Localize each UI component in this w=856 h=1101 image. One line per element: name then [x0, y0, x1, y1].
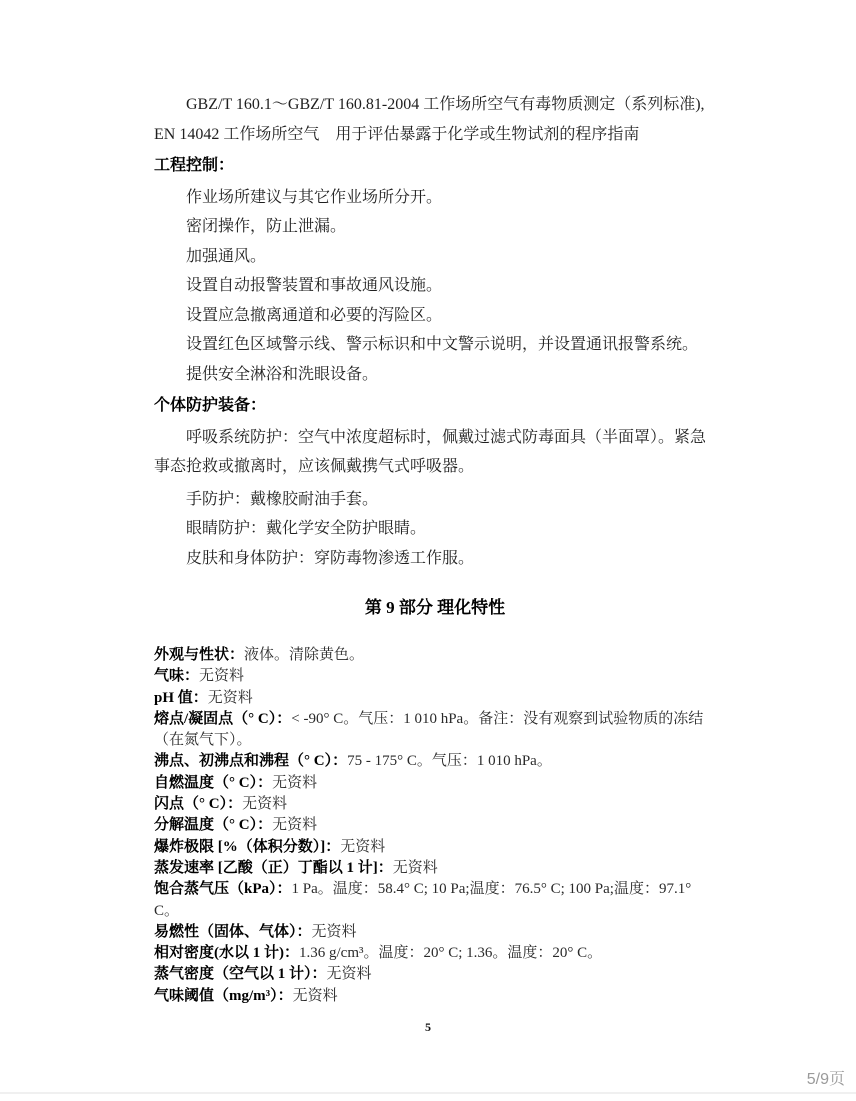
property-row-melting-point: 熔点/凝固点（° C）：< -90° C。气压：1 010 hPa。备注：没有观…	[154, 709, 716, 752]
property-label: 分解温度（° C）：	[154, 817, 272, 833]
engineering-control-item: 密闭操作，防止泄漏。	[154, 212, 716, 242]
property-value: 无资料	[340, 839, 385, 855]
property-row-evaporation-rate: 蒸发速率 [乙酸（正）丁酯以 1 计]：无资料	[154, 858, 716, 879]
property-row-vapor-density: 蒸气密度（空气以 1 计）：无资料	[154, 964, 716, 985]
property-value: 无资料	[327, 966, 372, 982]
property-row-appearance: 外观与性状：液体。清除黄色。	[154, 645, 716, 666]
ppe-item: 皮肤和身体防护：穿防毒物渗透工作服。	[154, 544, 716, 574]
property-row-flash-point: 闪点（° C）：无资料	[154, 794, 716, 815]
property-value: 液体。清除黄色。	[244, 647, 364, 663]
property-value: 75 - 175° C。气压：1 010 hPa。	[347, 753, 552, 769]
property-row-autoignition: 自燃温度（° C）：无资料	[154, 773, 716, 794]
engineering-control-item: 设置应急撤离通道和必要的泻险区。	[154, 301, 716, 331]
property-label: 易燃性（固体、气体）：	[154, 924, 312, 940]
engineering-control-item: 加强通风。	[154, 242, 716, 272]
property-label: 外观与性状：	[154, 647, 244, 663]
property-value: 1.36 g/cm³。温度：20° C; 1.36。温度：20° C。	[299, 945, 602, 961]
section-9-heading: 第 9 部分 理化特性	[154, 596, 716, 620]
property-row-vapor-pressure: 饱合蒸气压（kPa）：1 Pa。温度：58.4° C; 10 Pa;温度：76.…	[154, 879, 716, 922]
page-number: 5	[0, 1019, 856, 1035]
property-row-ph: pH 值：无资料	[154, 688, 716, 709]
ppe-item: 眼睛防护：戴化学安全防护眼睛。	[154, 514, 716, 544]
ppe-respiratory-paragraph: 呼吸系统防护：空气中浓度超标时，佩戴过滤式防毒面具（半面罩）。紧急事态抢救或撤离…	[154, 423, 716, 482]
ppe-heading: 个体防护装备：	[154, 391, 716, 421]
property-value: 无资料	[208, 690, 253, 706]
property-value: 无资料	[272, 817, 317, 833]
page-bottom-divider	[0, 1092, 856, 1094]
property-label: 饱合蒸气压（kPa）：	[154, 881, 292, 897]
standards-line-2: EN 14042 工作场所空气 用于评估暴露于化学或生物试剂的程序指南	[154, 120, 716, 150]
physical-chemical-properties: 外观与性状：液体。清除黄色。 气味：无资料 pH 值：无资料 熔点/凝固点（° …	[154, 645, 716, 1007]
exposure-control-section: GBZ/T 160.1～GBZ/T 160.81-2004 工作场所空气有毒物质…	[154, 90, 716, 573]
property-row-odor-threshold: 气味阈值（mg/m³）：无资料	[154, 986, 716, 1007]
property-label: 相对密度(水以 1 计)：	[154, 945, 299, 961]
property-label: 气味阈值（mg/m³）：	[154, 988, 293, 1004]
property-label: 闪点（° C）：	[154, 796, 242, 812]
standards-line-1: GBZ/T 160.1～GBZ/T 160.81-2004 工作场所空气有毒物质…	[154, 90, 716, 120]
property-row-odor: 气味：无资料	[154, 666, 716, 687]
property-label: 蒸发速率 [乙酸（正）丁酯以 1 计]：	[154, 860, 393, 876]
property-value: 无资料	[293, 988, 338, 1004]
engineering-controls-heading: 工程控制：	[154, 151, 716, 181]
property-row-flammability: 易燃性（固体、气体）：无资料	[154, 922, 716, 943]
property-row-explosion-limit: 爆炸极限 [%（体积分数）]：无资料	[154, 837, 716, 858]
ppe-item: 手防护：戴橡胶耐油手套。	[154, 485, 716, 515]
property-label: 气味：	[154, 668, 199, 684]
engineering-control-item: 设置自动报警装置和事故通风设施。	[154, 271, 716, 301]
property-value: 无资料	[272, 775, 317, 791]
property-label: 爆炸极限 [%（体积分数）]：	[154, 839, 340, 855]
engineering-control-item: 设置红色区域警示线、警示标识和中文警示说明，并设置通讯报警系统。	[154, 330, 716, 360]
property-row-boiling-point: 沸点、初沸点和沸程（° C）：75 - 175° C。气压：1 010 hPa。	[154, 751, 716, 772]
viewer-pagination-label: 5/9页	[807, 1070, 845, 1090]
engineering-control-item: 提供安全淋浴和洗眼设备。	[154, 360, 716, 390]
property-label: pH 值：	[154, 690, 208, 706]
property-label: 沸点、初沸点和沸程（° C）：	[154, 753, 347, 769]
property-row-relative-density: 相对密度(水以 1 计)：1.36 g/cm³。温度：20° C; 1.36。温…	[154, 943, 716, 964]
property-value: 无资料	[393, 860, 438, 876]
property-value: 无资料	[242, 796, 287, 812]
property-row-decomposition: 分解温度（° C）：无资料	[154, 815, 716, 836]
property-label: 自燃温度（° C）：	[154, 775, 272, 791]
property-label: 蒸气密度（空气以 1 计）：	[154, 966, 327, 982]
property-value: 无资料	[199, 668, 244, 684]
engineering-control-item: 作业场所建议与其它作业场所分开。	[154, 183, 716, 213]
property-label: 熔点/凝固点（° C）：	[154, 711, 291, 727]
property-value: 无资料	[312, 924, 357, 940]
